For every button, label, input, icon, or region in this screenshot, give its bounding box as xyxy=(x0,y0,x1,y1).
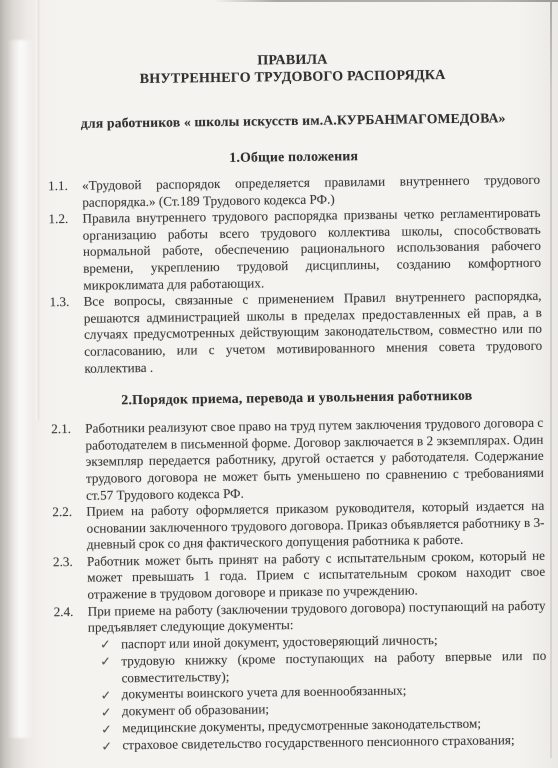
check-icon: ✓ xyxy=(101,721,122,738)
clause-text: Работник может быть принят на работу с и… xyxy=(87,548,546,604)
check-icon: ✓ xyxy=(101,704,122,721)
doc-subtitle: для работников « школы искусств им.А.КУР… xyxy=(47,109,539,132)
clause-text: Правила внутреннего трудового распорядка… xyxy=(82,205,541,294)
check-icon: ✓ xyxy=(100,653,121,670)
clause-item: 1.2. Правила внутреннего трудового распо… xyxy=(48,205,541,294)
clause-number: 1.2. xyxy=(48,211,82,228)
clause-item: 2.3. Работник может быть принят на работ… xyxy=(53,548,546,604)
section-2-clauses: 2.1. Работники реализуют свое право на т… xyxy=(51,415,547,756)
scanned-document-page: ПРАВИЛА ВНУТРЕННЕГО ТРУДОВОГО РАСПОРЯДКА… xyxy=(0,0,558,768)
clause-number: 2.1. xyxy=(51,421,85,438)
clause-text: Работники реализуют свое право на труд п… xyxy=(85,415,544,504)
clause-item: 2.1. Работники реализуют свое право на т… xyxy=(51,415,544,504)
clause-number: 2.3. xyxy=(53,554,87,571)
clause-number: 1.3. xyxy=(49,294,83,311)
required-documents-checklist: ✓ паспорт или иной документ, удостоверяю… xyxy=(54,631,548,756)
clause-text: Все вопросы, связанные с применением Пра… xyxy=(83,288,542,377)
clause-number: 1.1. xyxy=(48,178,82,195)
clause-text: Прием на работу оформляется приказом рук… xyxy=(86,498,545,554)
check-icon: ✓ xyxy=(101,738,122,755)
clause-number: 2.2. xyxy=(52,504,86,521)
section-1-clauses: 1.1. «Трудовой распорядок определяется п… xyxy=(48,172,543,378)
check-icon: ✓ xyxy=(101,686,122,703)
section-heading-1: 1.Общие положения xyxy=(48,145,540,168)
scan-top-edge-line xyxy=(214,0,558,2)
scan-left-highlight xyxy=(7,40,33,738)
check-icon: ✓ xyxy=(100,636,121,653)
clause-number: 2.4. xyxy=(54,603,88,620)
document-body: ПРАВИЛА ВНУТРЕННЕГО ТРУДОВОГО РАСПОРЯДКА… xyxy=(46,49,547,756)
section-heading-2: 2.Порядок приема, перевода и увольнения … xyxy=(51,386,543,409)
clause-item: 1.3. Все вопросы, связанные с применение… xyxy=(49,288,542,377)
page-crease xyxy=(36,0,39,420)
checklist-text: трудовую книжку (кроме поступающих на ра… xyxy=(121,648,546,687)
page-title: ПРАВИЛА ВНУТРЕННЕГО ТРУДОВОГО РАСПОРЯДКА xyxy=(46,49,538,89)
clause-item: 2.2. Прием на работу оформляется приказо… xyxy=(52,498,545,554)
scan-right-edge-line xyxy=(550,2,552,758)
